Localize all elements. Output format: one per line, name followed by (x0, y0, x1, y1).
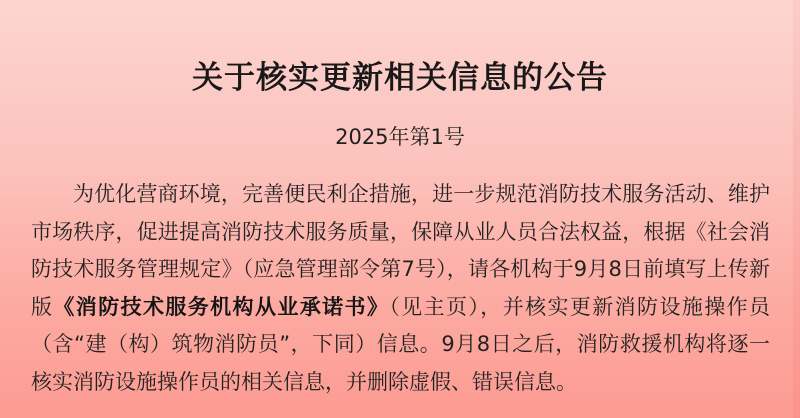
issue-number: 2025年第1号 (0, 125, 800, 149)
announcement-title: 关于核实更新相关信息的公告 (0, 0, 800, 96)
body-text-book-title: 《消防技术服务机构从业承诺书》 (53, 295, 389, 319)
announcement-body: 为优化营商环境，完善便民利企措施，进一步规范消防技术服务活动、维护市场秩序，促进… (31, 176, 770, 401)
announcement-page: 关于核实更新相关信息的公告 2025年第1号 为优化营商环境，完善便民利企措施，… (0, 0, 800, 418)
